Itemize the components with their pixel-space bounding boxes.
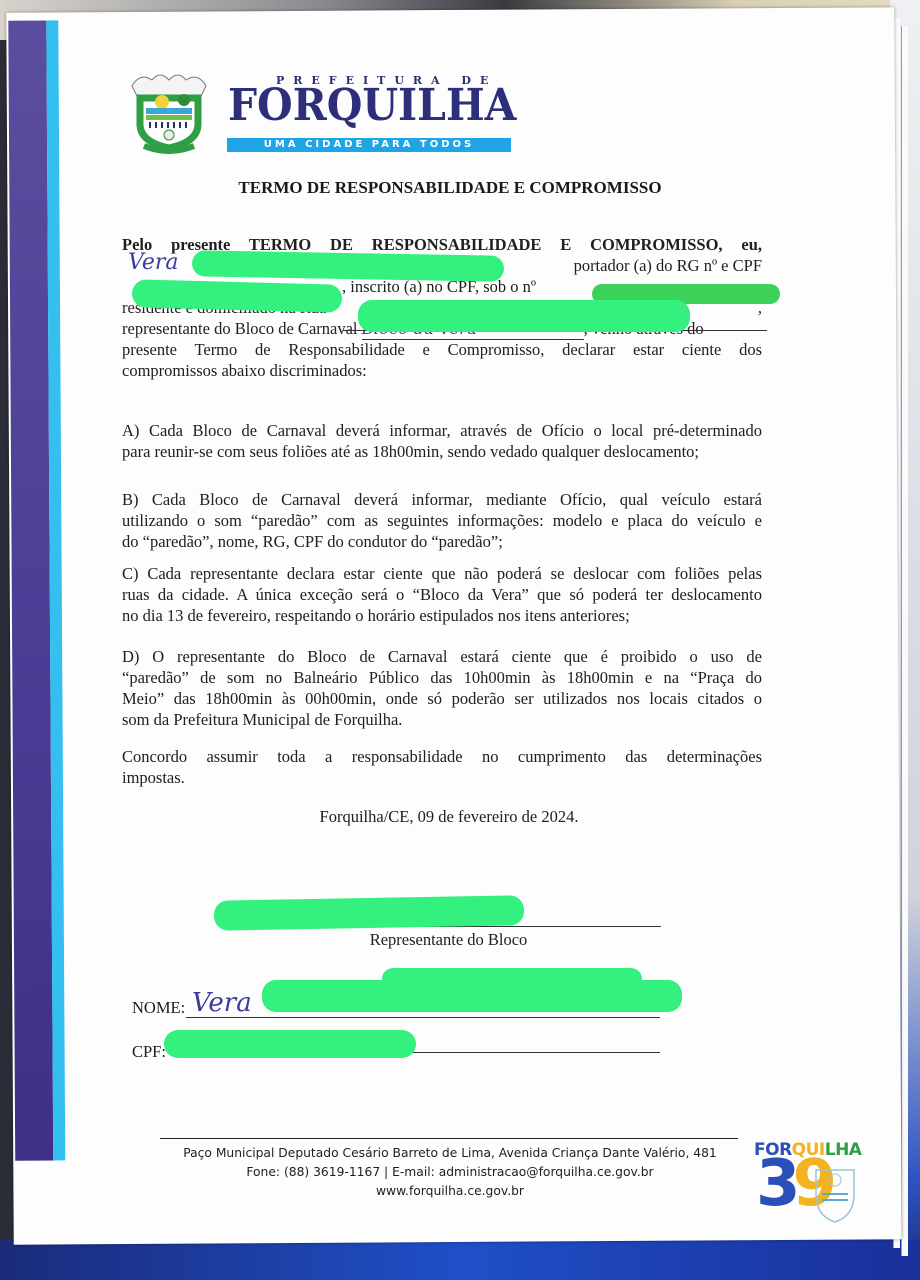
item-line: ruas da cidade. A única exceção será o “…: [122, 584, 762, 605]
nome-underline: [186, 1017, 660, 1018]
redaction-mark: [382, 968, 642, 990]
footer-contact: Fone: (88) 3619-1167 | E-mail: administr…: [160, 1163, 740, 1182]
nome-label: NOME:: [132, 998, 185, 1018]
agreement-line: Concordo assumir toda a responsabilidade…: [122, 746, 762, 767]
municipal-crest-icon: [126, 68, 212, 154]
crest-outline-icon: [812, 1164, 858, 1224]
photo-background-bottom: [0, 1240, 920, 1280]
intro-text: representante do Bloco de Carnaval: [122, 319, 358, 338]
agreement-paragraph: Concordo assumir toda a responsabilidade…: [122, 746, 762, 788]
name-handwritten: Vera: [128, 250, 179, 275]
item-line: B) Cada Bloco de Carnaval deverá informa…: [122, 489, 762, 510]
intro-text: presente Termo de Responsabilidade e Com…: [122, 340, 762, 359]
brand-name: FORQUILHA: [228, 80, 516, 131]
footer-website: www.forquilha.ce.gov.br: [160, 1182, 740, 1201]
item-line: do “paredão”, nome, RG, CPF do condutor …: [122, 531, 762, 552]
intro-text: portador (a) do RG nº e CPF: [574, 256, 762, 275]
nome-handwritten: Vera: [192, 988, 252, 1018]
footer-rule: [160, 1138, 738, 1139]
anniversary-logo: FORQUILHA 39: [754, 1140, 864, 1230]
slogan-banner: UMA CIDADE PARA TODOS: [227, 138, 511, 152]
item-a: A) Cada Bloco de Carnaval deverá informa…: [122, 420, 762, 462]
item-line: D) O representante do Bloco de Carnaval …: [122, 646, 762, 667]
item-b: B) Cada Bloco de Carnaval deverá informa…: [122, 489, 762, 552]
item-line: no dia 13 de fevereiro, respeitando o ho…: [122, 605, 762, 626]
item-line: “paredão” de som no Balneário Público da…: [122, 667, 762, 688]
agreement-line: impostas.: [122, 767, 762, 788]
redaction-mark: [132, 279, 343, 312]
item-d: D) O representante do Bloco de Carnaval …: [122, 646, 762, 730]
footer-info: Paço Municipal Deputado Cesário Barreto …: [160, 1144, 740, 1201]
intro-text: compromissos abaixo discriminados:: [122, 361, 367, 380]
cpf-label: CPF:: [132, 1042, 166, 1062]
redaction-mark: [214, 895, 524, 930]
item-line: Meio” das 18h00min às 00h00min, onde só …: [122, 688, 762, 709]
item-line: som da Prefeitura Municipal de Forquilha…: [122, 709, 762, 730]
intro-term-bold: TERMO DE RESPONSABILIDADE E COMPROMISSO,: [249, 235, 723, 254]
paper-stack-edge: [901, 26, 908, 1256]
footer-address: Paço Municipal Deputado Cesário Barreto …: [160, 1144, 740, 1163]
redaction-mark: [358, 300, 690, 332]
item-line: utilizando o som “paredão” com as seguin…: [122, 510, 762, 531]
document-title: TERMO DE RESPONSABILIDADE E COMPROMISSO: [120, 178, 780, 198]
item-c: C) Cada representante declara estar cien…: [122, 563, 762, 626]
redaction-mark: [192, 250, 504, 281]
item-line: A) Cada Bloco de Carnaval deverá informa…: [122, 420, 762, 441]
redaction-mark: [164, 1030, 416, 1058]
letterhead: PREFEITURA DE FORQUILHA UMA CIDADE PARA …: [124, 62, 524, 162]
item-line: C) Cada representante declara estar cien…: [122, 563, 762, 584]
signature-label: Representante do Bloco: [236, 930, 661, 950]
intro-text: eu,: [723, 235, 762, 254]
item-line: para reunir-se com seus foliões até as 1…: [122, 441, 762, 462]
document-date: Forquilha/CE, 09 de fevereiro de 2024.: [122, 807, 776, 827]
